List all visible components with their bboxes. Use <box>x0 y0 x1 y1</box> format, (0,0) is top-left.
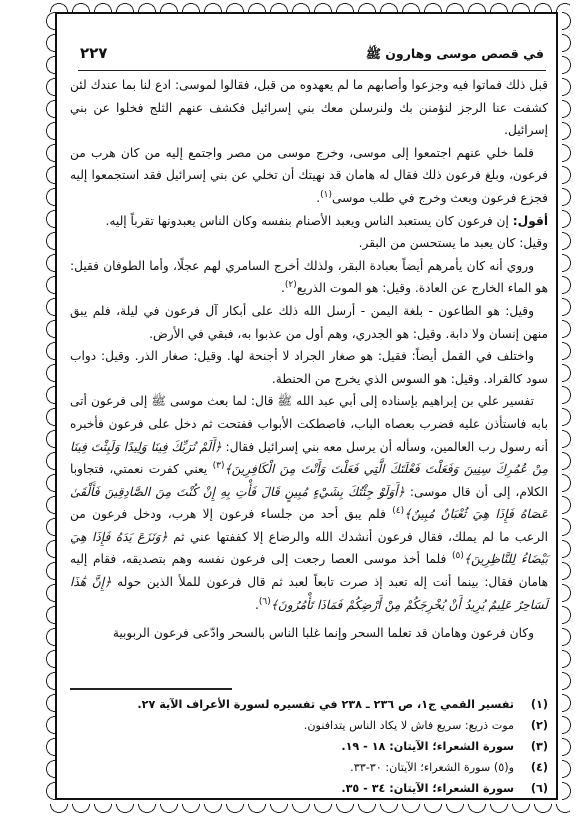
paragraph: فلما خلي عنهم اجتمعوا إلى موسى، وخرج موس… <box>70 142 548 210</box>
footnote: (٤) و(٥) سورة الشعراء؛ الآيتان: ٣٠-٣٣. <box>70 757 548 778</box>
decorative-border-top <box>48 0 570 12</box>
paragraph-text: قبل ذلك فماتوا فيه وجزعوا وأصابهم ما لم … <box>70 78 548 137</box>
paragraph-text: وقيل: هو الطاعون - بلغة اليمن - أرسل الل… <box>70 304 548 341</box>
paragraph-text: فلما خلي عنهم اجتمعوا إلى موسى، وخرج موس… <box>70 146 548 205</box>
footnote-separator <box>70 688 232 690</box>
footnote-ref[interactable]: (٦) <box>259 597 271 607</box>
footnote-text: و(٥) سورة الشعراء؛ الآيتان: ٣٠-٣٣. <box>350 757 514 778</box>
paragraph-text: إن فرعون كان يستعبد الناس ويعبد الأصنام … <box>106 214 513 228</box>
paragraph: أقول: إن فرعون كان يستعبد الناس ويعبد ال… <box>70 210 548 233</box>
footnote-ref[interactable]: (٣) <box>213 461 225 471</box>
footnote-ref[interactable]: (١) <box>320 190 332 200</box>
decorative-border-bottom <box>48 804 570 816</box>
paragraph: وروي أنه كان يأمرهم أيضاً بعبادة البقر، … <box>70 255 548 300</box>
footnote-number: (٢) <box>514 715 548 736</box>
footnote: (٢) موت ذريع: سريع فاش لا يكاد الناس يتد… <box>70 715 548 736</box>
footnote-number: (٦) <box>514 778 548 799</box>
footnote-number: (١) <box>514 694 548 715</box>
footnote: (١) تفسير القمي ج١، ص ٢٣٦ ـ ٢٣٨ في تفسير… <box>70 694 548 715</box>
footnote: (٣) سورة الشعراء؛ الآيتان: ١٨ - ١٩. <box>70 736 548 757</box>
footnote-text: تفسير القمي ج١، ص ٢٣٦ ـ ٢٣٨ في تفسيره لس… <box>137 694 514 715</box>
footnotes: (١) تفسير القمي ج١، ص ٢٣٦ ـ ٢٣٨ في تفسير… <box>70 694 548 799</box>
running-title: في قصص موسى وهارون ﷺ <box>366 46 544 65</box>
footnote-text: سورة الشعراء؛ الآيتان: ١٨ - ١٩. <box>341 736 514 757</box>
paragraph: واختلف في القمل أيضاً: فقيل: هو صغار الج… <box>70 345 548 390</box>
footnote-ref[interactable]: (٤) <box>392 506 404 516</box>
footnote-number: (٣) <box>514 736 548 757</box>
footnote: (٦) سورة الشعراء؛ الآيتان: ٣٤ - ٣٥. <box>70 778 548 799</box>
paragraph: تفسير علي بن إبراهيم بإسناده إلى أبي عبد… <box>70 390 548 616</box>
footnote-text: سورة الشعراء؛ الآيتان: ٣٤ - ٣٥. <box>341 778 514 799</box>
footnote-number: (٤) <box>514 757 548 778</box>
paragraph-text: واختلف في القمل أيضاً: فقيل: هو صغار الج… <box>70 349 548 386</box>
paragraph: وقيل: هو الطاعون - بلغة اليمن - أرسل الل… <box>70 300 548 345</box>
paragraph: وكان فرعون وهامان قد تعلما السحر وإنما غ… <box>70 622 548 645</box>
page-number: ٢٢٧ <box>80 44 107 62</box>
paragraph: وقيل: كان يعبد ما يستحسن من البقر. <box>70 232 548 255</box>
paragraph-text: وروي أنه كان يأمرهم أيضاً بعبادة البقر، … <box>70 259 548 296</box>
footnote-ref[interactable]: (٢) <box>285 280 297 290</box>
paragraph: قبل ذلك فماتوا فيه وجزعوا وأصابهم ما لم … <box>70 74 548 142</box>
paragraph-text: وكان فرعون وهامان قد تعلما السحر وإنما غ… <box>113 626 534 640</box>
decorative-border-left <box>45 10 55 800</box>
decorative-border-right <box>562 10 572 800</box>
footnote-text: موت ذريع: سريع فاش لا يكاد الناس يتدافنو… <box>304 715 514 736</box>
page-body: قبل ذلك فماتوا فيه وجزعوا وأصابهم ما لم … <box>70 74 548 645</box>
paragraph-lead: أقول: <box>513 214 548 228</box>
page-header: ٢٢٧ في قصص موسى وهارون ﷺ <box>78 42 546 71</box>
paragraph-text: وقيل: كان يعبد ما يستحسن من البقر. <box>359 236 548 250</box>
footnote-ref[interactable]: (٥) <box>452 551 464 561</box>
